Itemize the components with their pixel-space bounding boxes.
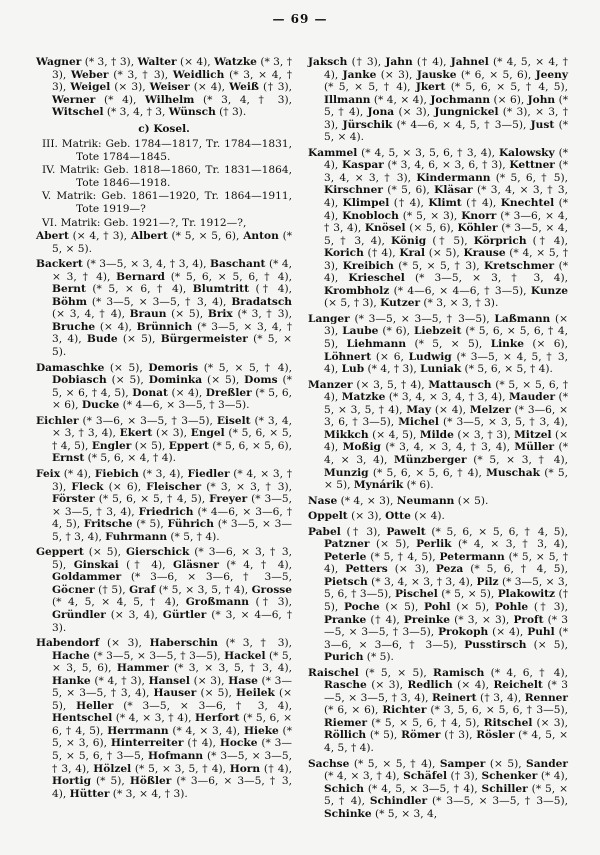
surname: Witschel [52,106,104,118]
surname: Hölzel [93,763,131,775]
surname: Herfort [195,712,239,724]
register-refs: (* 4, × 3, 4), [169,725,244,737]
surname: Janke [343,69,377,81]
register-refs: (* 5, × 5, † 4), [198,362,292,374]
register-refs: (* 4, × 3), [337,495,397,507]
register-refs: (* 4, 5, × 3, 5, 6, † 3, 4), [357,147,499,159]
entry-group-n: Nase (* 4, × 3), Neumann (× 5). [308,495,568,508]
surname: Laßmann [494,313,550,325]
register-refs: (× 3), [394,106,434,118]
surname: Rösler [476,729,514,741]
page-number: — 69 — [0,12,600,26]
surname: Geppert [36,546,84,558]
surname: Raischel [308,667,359,679]
surname: Friedrich [139,506,194,518]
surname: Reinert [432,692,477,704]
surname: Kläsar [434,184,473,196]
register-refs: (* 5, × 5, † 4), [324,81,416,93]
register-refs: (* 3, 4, × 3, 4, † 3, 4), [385,391,509,403]
register-refs: (× 6, [371,351,408,363]
register-refs: (* 5, 6, † 5), [490,172,568,184]
surname: Weber [71,69,109,81]
register-refs: († 3), [528,601,568,613]
surname: Bradatsch [231,296,292,308]
register-refs: (* 5, × 3, 5, † 4), [131,763,230,775]
surname: Moßig [343,441,381,453]
register-refs: (× 3), [110,81,149,93]
register-refs: (× 3, 5, † 4), [353,379,429,391]
surname: Jochmann [430,94,490,106]
surname: Pabel [308,526,341,538]
w-entries: Wagner (* 3, † 3), Walter (× 4), Watzke … [36,56,292,119]
register-refs: (* 3, × 3), [450,614,513,626]
register-refs: († 3), [259,81,292,93]
register-refs: (* 3, × 3, † 3). [420,297,498,309]
register-refs: (* 4—6, × 4, 5, † 3—5), [392,119,530,131]
register-refs: (* 3, 5, 6, × 5, 6, † 3—5), [427,704,568,716]
register-refs: (* 3, 4, † 3, [104,106,169,118]
surname: Korich [324,247,364,259]
register-refs: († 4), [249,283,292,295]
register-refs: (* 5, × 5, † 3), [394,260,484,272]
entry-group-a: Abert (× 4, † 3), Albert (* 5, × 5, 6), … [36,230,292,255]
register-refs: (* 5, † 4, 5), [366,551,439,563]
register-refs: (* 3—5, × 3, 4, † 3, 4), [83,258,210,270]
matrik-line: III. Matrik: Geb. 1784—1817, Tr. 1784—18… [36,138,292,163]
register-refs: (× 3), [376,69,416,81]
surname: Reichelt [493,679,542,691]
register-refs: (* 5, × 5, † 4), [349,758,440,770]
surname: Förster [52,493,95,505]
surname: Peza [436,563,463,575]
register-refs: (* 6), [378,325,414,337]
surname: Doms [244,374,277,386]
register-refs: (* 4), [60,468,95,480]
right-entries: Jaksch († 3), Jahn († 4), Jahnel (* 4, 5… [308,56,568,820]
register-refs: (× 4), [453,679,494,691]
register-refs: (* 3, 4), [139,468,188,480]
register-refs: (× 3), [348,510,385,522]
surname: Hansel [149,675,190,687]
register-refs: († 4), [260,763,292,775]
register-refs: (× 5), [526,639,568,651]
entry-group-j: Jaksch († 3), Jahn († 4), Jahnel (* 4, 5… [308,56,568,144]
register-refs: (* 4, † 3), [364,363,420,375]
surname: König [391,235,426,247]
surname: Albert [131,230,168,242]
surname: Jauske [417,69,457,81]
register-refs: (× 5). [454,495,488,507]
surname: Ludwig [409,351,452,363]
register-refs: (× 6), [524,338,568,350]
register-refs: (* 3, 4, † 3), [194,94,292,106]
register-refs: (* 4—6, × 4—6, † 3—5), [389,285,531,297]
surname: Pusstirsch [464,639,526,651]
register-refs: († 3), [347,56,385,68]
surname: Renner [525,692,568,704]
surname: Pietsch [324,576,368,588]
register-refs: (* 5, 6, × 5, † 4, 5), [95,493,209,505]
surname: May [406,404,431,416]
register-refs: (* 5, × 5, 6), [168,230,243,242]
entry-group-l: Langer (* 3—5, × 3—5, † 3—5), Laßmann (×… [308,313,568,376]
surname: Plakowitz [498,588,555,600]
surname: Pawelt [386,526,425,538]
register-refs: (* 3, 4, × 3, 4, † 3, 4), [381,441,514,453]
surname: Ernst [52,452,84,464]
surname: Köhler [457,222,497,234]
register-refs: (* 6, × 6), [324,704,382,716]
surname: Bruche [52,321,95,333]
register-refs: (* 5, 6, × 5, 6), [209,440,292,452]
surname: Mauder [509,391,555,403]
surname: Schich [324,783,364,795]
surname: Kirschner [324,184,383,196]
register-refs: (× 3), [367,679,408,691]
surname: Richter [382,704,426,716]
surname: Brix [208,308,233,320]
register-refs: (* 4), [95,94,145,106]
surname: Wilhelm [145,94,194,106]
surname: Hinterreiter [111,737,184,749]
register-refs: (× 3, 4, † 4), [52,308,130,320]
register-refs: (* 3—5, × 3—5, † 3, 4), [87,296,231,308]
surname: Kunze [531,285,568,297]
entry-group-m: Manzer (× 3, 5, † 4), Mattausch (* 5, × … [308,379,568,492]
register-refs: (* 5, × 6, † 4), [86,283,193,295]
surname: Peterle [324,551,366,563]
register-refs: (* 4, 6, † 4), [484,667,568,679]
surname: Matzke [342,391,386,403]
register-refs: († 3, 4), [477,692,525,704]
register-refs: (* 5, 6), [383,184,434,196]
surname: Kalowsky [499,147,555,159]
surname: Ekert [120,427,153,439]
surname: Pohle [495,601,528,613]
surname: Gierschick [126,546,189,558]
register-refs: (* 4, × 3, † 4), [324,770,403,782]
surname: Neumann [397,495,455,507]
surname: Schiller [482,783,528,795]
surname: Purich [324,651,363,663]
surname: Bernard [116,271,165,283]
surname: Feix [36,468,60,480]
surname: Jahnel [451,56,489,68]
surname: Goldammer [52,571,121,583]
entry-group-d: Damaschke (× 5), Demoris (* 5, × 5, † 4)… [36,362,292,412]
surname: Krombholz [324,285,389,297]
surname: Riemer [324,717,367,729]
surname: Abert [36,230,69,242]
surname: Hofmann [148,750,203,762]
entry-group-h: Habendorf (× 3), Haberschin (* 3, † 3), … [36,637,292,800]
register-refs: (× 5), [425,247,463,259]
surname: Jeeny [536,69,568,81]
register-refs: (* 3, × 3, † 3), [201,481,292,493]
register-refs: (× 5), [131,440,168,452]
register-refs: (* 5, 6, × 5, 6, † 4), [369,467,487,479]
surname: Jahn [385,56,412,68]
surname: Hößler [130,775,171,787]
matrik-list: III. Matrik: Geb. 1784—1817, Tr. 1784—18… [36,138,292,229]
surname: Jürschik [343,119,393,131]
surname: Kammel [308,147,357,159]
register-refs: (× 3), [152,427,190,439]
register-refs: (* 3, × 3, 5, † 3, 4), [169,662,292,674]
surname: Damaschke [36,362,104,374]
surname: Liebzeit [414,325,461,337]
surname: Klimt [428,197,461,209]
entry-group-o: Oppelt (× 3), Otte (× 4). [308,510,568,523]
surname: Eiselt [217,415,251,427]
surname: Weiß [229,81,259,93]
register-refs: (* 4, 5, × 4, 5, † 4), [52,596,186,608]
surname: Gründler [52,609,106,621]
register-refs: (× 5, † 3), [324,297,380,309]
surname: Rasche [324,679,367,691]
surname: Manzer [308,379,353,391]
surname: Weiser [150,81,190,93]
surname: Munzig [324,467,369,479]
register-refs: (* 4, × 3, † 3, 4), [452,538,568,550]
entry-group-p: Pabel († 3), Pawelt (* 5, 6, × 5, 6, † 4… [308,526,568,664]
register-refs: (* 4), [537,770,568,782]
surname: Bude [87,333,118,345]
surname: Puhl [527,626,554,638]
surname: Langer [308,313,350,325]
surname: Watzke [214,56,257,68]
surname: Hauser [154,687,197,699]
surname: Mikkch [324,429,369,441]
surname: Hache [52,650,90,662]
surname: Walter [137,56,176,68]
register-refs: (× 6), [490,94,528,106]
surname: Führich [167,518,214,530]
register-refs: († 4), [527,235,568,247]
surname: Donat [132,387,168,399]
matrik-line: IV. Matrik: Geb. 1818—1860, Tr. 1831—186… [36,164,292,189]
register-refs: (* 3—5, × 3—5, † 3—5), [90,650,224,662]
register-refs: (* 3—6, × 3—5, † 3—5), [79,415,217,427]
register-refs: (× 3), [99,637,149,649]
entry-group-k: Kammel (* 4, 5, × 3, 5, 6, † 3, 4), Kalo… [308,147,568,310]
entry-group-b: Backert (* 3—5, × 3, 4, † 3, 4), Baschan… [36,258,292,358]
entry-group-s: Sachse (* 5, × 5, † 4), Samper (× 5), Sa… [308,758,568,821]
surname: Luniak [420,363,461,375]
surname: Weidlich [173,69,224,81]
surname: Pranke [324,614,366,626]
surname: Illmann [324,94,370,106]
surname: Ducke [82,399,119,411]
register-refs: († 3). [216,106,246,118]
register-refs: († 3), [447,770,481,782]
register-refs: (* 5, × 5), [359,667,433,679]
register-refs: (* 5, × 5), [438,588,498,600]
register-refs: (* 3—5, × 3—6, † 3, 4), [113,700,292,712]
surname: Linke [491,338,524,350]
surname: Dominka [149,374,202,386]
register-refs: (* 3, × 4, † 3). [109,788,187,800]
register-refs: (* 5, 6, × 5, 6, † 4), [165,271,292,283]
register-refs: (* 5), [133,518,168,530]
register-refs: (* 3, † 3), [109,69,173,81]
surname: Muschak [486,467,540,479]
register-refs: (* 5, × 5), [406,338,491,350]
surname: Großmann [186,596,249,608]
register-refs: (× 5), [369,538,416,550]
surname: Hentschel [52,712,112,724]
register-refs: (* 3—5, × 3, † 3, 4), [405,272,568,284]
register-refs: (* 4, × 4), [370,94,430,106]
surname: Wünsch [169,106,216,118]
register-refs: († 5), [426,235,474,247]
surname: Hütter [70,788,110,800]
surname: Heilek [236,687,275,699]
register-refs: (* 3, 4, × 3, † 3, 4), [368,576,477,588]
surname: Petters [345,563,388,575]
surname: Klimpel [343,197,390,209]
surname: Ginskai [74,559,119,571]
surname: Michel [398,416,439,428]
register-refs: (* 4, × 3, † 4), [112,712,195,724]
surname: Böhm [52,296,87,308]
surname: Pilz [477,576,499,588]
surname: Engel [191,427,225,439]
surname: Prokoph [438,626,488,638]
register-refs: (* 6, × 5, 6), [456,69,535,81]
surname: Eppert [169,440,209,452]
surname: Wagner [36,56,81,68]
surname: Just [531,119,555,131]
surname: Werner [52,94,95,106]
surname: Knösel [365,222,406,234]
register-refs: (* 3—5, × 3—5, † 3—5), [427,795,568,807]
surname: Mattausch [428,379,491,391]
surname: Poche [344,601,380,613]
register-refs: (* 4, 5, × 3—5, † 4), [364,783,482,795]
surname: Hocke [220,737,258,749]
register-refs: (× 5), [380,601,424,613]
surname: Jona [368,106,395,118]
register-refs: (* 5, × 3, † 4), [467,454,568,466]
surname: Eichler [36,415,79,427]
register-refs: (* 5, † 4). [167,531,220,543]
surname: Mynárik [354,479,403,491]
surname: Schäfel [403,770,447,782]
surname: Patzner [324,538,369,550]
surname: Dobiasch [52,374,107,386]
surname: Gläsner [173,559,219,571]
surname: Milde [420,429,454,441]
left-entries: Abert (× 4, † 3), Albert (* 5, × 5, 6), … [36,230,292,800]
surname: Krause [464,247,506,259]
register-refs: (× 4), [488,626,527,638]
surname: Kreibich [343,260,394,272]
register-refs: (* 4, † 3), [91,675,149,687]
surname: Fritsche [84,518,133,530]
surname: Ritschel [484,717,533,729]
register-refs: (× 5), [451,601,495,613]
surname: Braun [130,308,167,320]
register-refs: (× 3, † 3), [454,429,514,441]
entry-group-r: Raischel (* 5, × 5), Ramisch (* 4, 6, † … [308,667,568,755]
register-refs: (× 5), [166,308,207,320]
surname: Sander [526,758,568,770]
surname: Gürtler [163,609,207,621]
surname: Redlich [408,679,453,691]
surname: Weigel [70,81,110,93]
surname: Hieke [244,725,279,737]
register-refs: (× 5), [84,546,126,558]
surname: Laube [342,325,378,337]
register-refs: (* 5, × 5, 6, † 4, 5), [367,717,484,729]
register-refs: († 4), [183,737,219,749]
surname: Perlik [416,538,451,550]
surname: Demoris [148,362,198,374]
surname: Dreßler [206,387,252,399]
surname: Liehmann [347,338,406,350]
register-refs: (× 6), [104,481,147,493]
register-refs: († 4), [413,56,451,68]
surname: Bernt [52,283,86,295]
surname: Engler [92,440,132,452]
surname: John [528,94,555,106]
register-refs: (* 4, † 4), [219,559,292,571]
register-refs: (× 5), [202,374,244,386]
entry-group-w: Wagner (* 3, † 3), Walter (× 4), Watzke … [36,56,292,119]
register-refs: († 4), [119,559,173,571]
matrik-line: VI. Matrik: Geb. 1921—?, Tr. 1912—?, [36,217,292,230]
surname: Schinke [324,808,372,820]
entry-group-e: Eichler (* 3—6, × 3—5, † 3—5), Eiselt (*… [36,415,292,465]
surname: Hanke [52,675,91,687]
surname: Hase [228,675,258,687]
surname: Münzberger [394,454,467,466]
register-refs: (× 4). [411,510,445,522]
entry-group-g: Geppert (× 5), Gierschick (* 3—6, × 3, †… [36,546,292,634]
register-refs: (× 3), [532,717,568,729]
surname: Schenker [481,770,537,782]
surname: Göcner [52,584,95,596]
surname: Knobloch [342,210,399,222]
surname: Petermann [440,551,505,563]
surname: Lub [342,363,365,375]
register-refs: (* 5, 6, × 5, † 4). [461,363,553,375]
surname: Kretschmer [484,260,554,272]
surname: Preinke [404,614,450,626]
register-refs: (* 3, † 3), [81,56,137,68]
register-refs: (× 5), [107,374,149,386]
left-column: Wagner (* 3, † 3), Walter (× 4), Watzke … [36,56,292,803]
surname: Otte [385,510,411,522]
surname: Jaksch [308,56,347,68]
register-refs: (* 3—5, × 3, 5, † 3, 4), [439,416,568,428]
surname: Müller [514,441,554,453]
surname: Graf [129,584,155,596]
surname: Kutzer [380,297,420,309]
surname: Habendorf [36,637,99,649]
surname: Röllich [324,729,366,741]
matrik-line: V. Matrik: Geb. 1861—1920, Tr. 1864—1911… [36,190,292,215]
surname: Nase [308,495,337,507]
surname: Bürgermeister [161,333,248,345]
register-refs: (× 3, 4), [106,609,163,621]
register-refs: († 3), [341,526,387,538]
register-refs: (× 5, 6), [406,222,458,234]
section-heading: c) Kosel. [36,123,292,136]
surname: Kettner [509,159,555,171]
surname: Samper [440,758,485,770]
